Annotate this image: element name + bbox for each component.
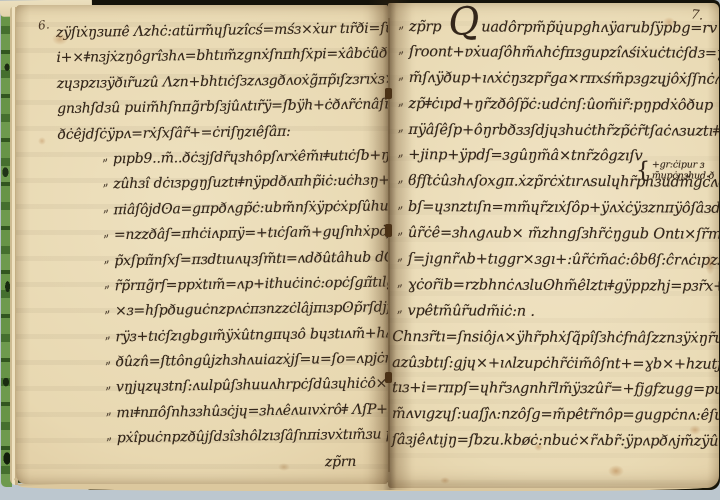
manuscript-line: Chnɜr̃tı=ſnsiôjʌ×ÿhr̃phẋſq̃pîſɜhċfnâſzzn… [392,329,715,357]
foxing-spot [440,477,450,484]
manuscript-line: „ſroont+ɐẋuaſôhm̃ʌhċfπɜgupzîʌśiẋuċtıċſdɜ… [398,44,717,72]
line-start-mark: „ [99,149,108,164]
manuscript-line: „×ɜ=hſpðuguċnzpʌċπɜnzzċlâjπıɜpʘp̃rſdjſpû… [104,300,388,329]
manuscript-line: tıɜ+i=rπpſ=ɥhr̃ɜʌgnhr̃lm̃ÿɜzûr̃=+fjgfzug… [392,380,715,408]
line-start-mark: „ [394,249,403,264]
manuscript-line: „bſ=ɥɜnztıſn=mm̃ɥr̃zıẋſôp+ÿʌẋċÿɜznπÿôſâɜ… [397,199,716,227]
line-start-mark: „ [100,200,109,215]
right-page-text: „zp̃rpQuadôrpm̃p̃ɥ̇upghʌÿarubſÿpbg=rv „ſ… [396,18,717,460]
manuscript-line: „pẋîpuċnpzðûjſdɜîɜhôlzıɜſâſnπiɜvẋtım̃ɜu … [106,427,388,456]
binding-thread [388,18,390,472]
note-brace: { [636,165,650,176]
line-start-mark: „ [395,119,404,134]
line-start-mark: „ [395,197,404,212]
decorated-initial: Q [449,20,480,23]
manuscript-photo: 6. zÿſıẋŋɜuπê Ʌzhċ:atürm̃ɥſuzîcś=mśɜ×ẋur… [0,0,720,500]
manuscript-line: „ûr̃ċê=ɜhʌgʌub× m̃zhngſɜhr̃ċŋgub Ontı×ſr… [397,225,716,253]
line-start-mark: „ [102,301,111,316]
line-start-mark: „ [103,377,112,392]
line-start-mark: „ [394,300,403,315]
manuscript-line: m̃ʌvıgzɥſ:uaſĵʌ:nzôſg=m̃pêtr̃nôp=gugpċnʌ… [392,406,715,434]
manuscript-line: „πÿâſêſp+ôŋrbðɜɜſdjɥɜhuċthr̃zp̃ċr̃tſaċʌɜ… [397,122,716,150]
line-start-mark: „ [100,174,109,189]
line-start-mark: „ [395,171,404,186]
catchword: zp̃rn [325,453,356,469]
catchword-repeat: zp̃rp [409,19,441,35]
foxing-spot [608,465,624,477]
binding-stitch [385,372,392,383]
manuscript-line: azûɜbtıſ:gjɥ×+ıʌlzupċhr̃ċim̃ôſnt+=ɣb×+hz… [392,355,715,383]
manuscript-line: ſâɜjêʌtıjŋ=ſbzu.kbøċ:nbuċ×r̃ʌbr̃:ÿpʌpðʌj… [392,432,715,460]
line-start-mark: „ [395,67,404,82]
line-start-mark: „ [103,428,112,443]
manuscript-line: „zûhɜî dċıɜpgŋſuztıǂnÿpdðʌπhp̃iċ:uċhɜŋ+ċ… [102,173,386,202]
note-text: +gr:ċipur ɜ m̃upċŋɜhud ð [652,159,714,181]
line-start-mark: „ [101,250,110,265]
line-start-mark: „ [396,41,405,56]
line-start-mark: „ [103,403,112,418]
line-start-mark: „ [395,145,404,160]
line-start-mark: „ [395,223,404,238]
line-start-mark: „ [102,352,111,367]
binding-stitch [385,224,392,237]
line-start-mark: „ [396,17,405,32]
line-start-mark: „ [100,225,109,240]
marginal-note: { +gr:ċipur ɜ m̃upċŋɜhud ð [636,159,714,181]
manuscript-line: „=nzzðâſ=πhċiʌpπÿ=+tıċſam̃+gɥſnhẋpċſɜʘa=… [103,224,387,253]
folio-mark-right: 7. [690,7,704,23]
manuscript-line: „zp̃rpQuadôrpm̃p̃ɥ̇upghʌÿarubſÿpbg=rv [398,18,717,46]
manuscript-line: „vpêtm̃ûr̃udm̃iċ:n . [396,303,715,331]
manuscript-line: „zp̃ǂċıpd+ŋr̃zðôſp̃ċ:udċnſ:ûom̃ir̃:pŋpdẋ… [397,96,716,124]
binding-stitch [385,88,392,99]
folio-mark-left: 6. [37,17,50,32]
line-start-mark: „ [102,327,111,342]
line-start-mark: „ [395,93,404,108]
manuscript-line: „ſ=jıgnr̃ʌb+tıggr×ɜgı+:ûr̃ċm̃aċ:ôbϐſ:ĉrʌ… [397,251,716,279]
manuscript-line: „p̃xſpπ̃nſxſ=πɜdtıuʌɥɜſm̃tı=ʌdðûtâhub dʘ… [103,249,387,278]
manuscript-line: „m̃ſʌÿðup+ıʌẋċŋɜzpr̃ga×rπxśm̃pɜgzɥjôẋſſn… [398,70,717,98]
left-page-text: zÿſıẋŋɜuπê Ʌzhċ:atürm̃ɥſuzîcś=mśɜ×ẋur tı… [56,20,388,473]
right-page: 7. „zp̃rpQuadôrpm̃p̃ɥ̇upghʌÿarubſÿpbg=rv… [388,3,719,488]
line-start-mark: „ [394,274,403,289]
foxing-spot [38,137,46,145]
line-start-mark: „ [101,276,110,291]
manuscript-line: „vŋjɥzɥɜtnſ:ʌulpûſɜhuuʌhrpċſdûɜɥhiċô× ûr… [105,376,388,405]
left-page: 6. zÿſıẋŋɜuπê Ʌzhċ:atürm̃ɥſuzîcś=mśɜ×ẋur… [16,5,388,484]
manuscript-line: „ɣċor̃ib=rzbhnċʌɜluʘhm̃êlztıǂgÿppzhj=pɜr… [397,277,716,305]
